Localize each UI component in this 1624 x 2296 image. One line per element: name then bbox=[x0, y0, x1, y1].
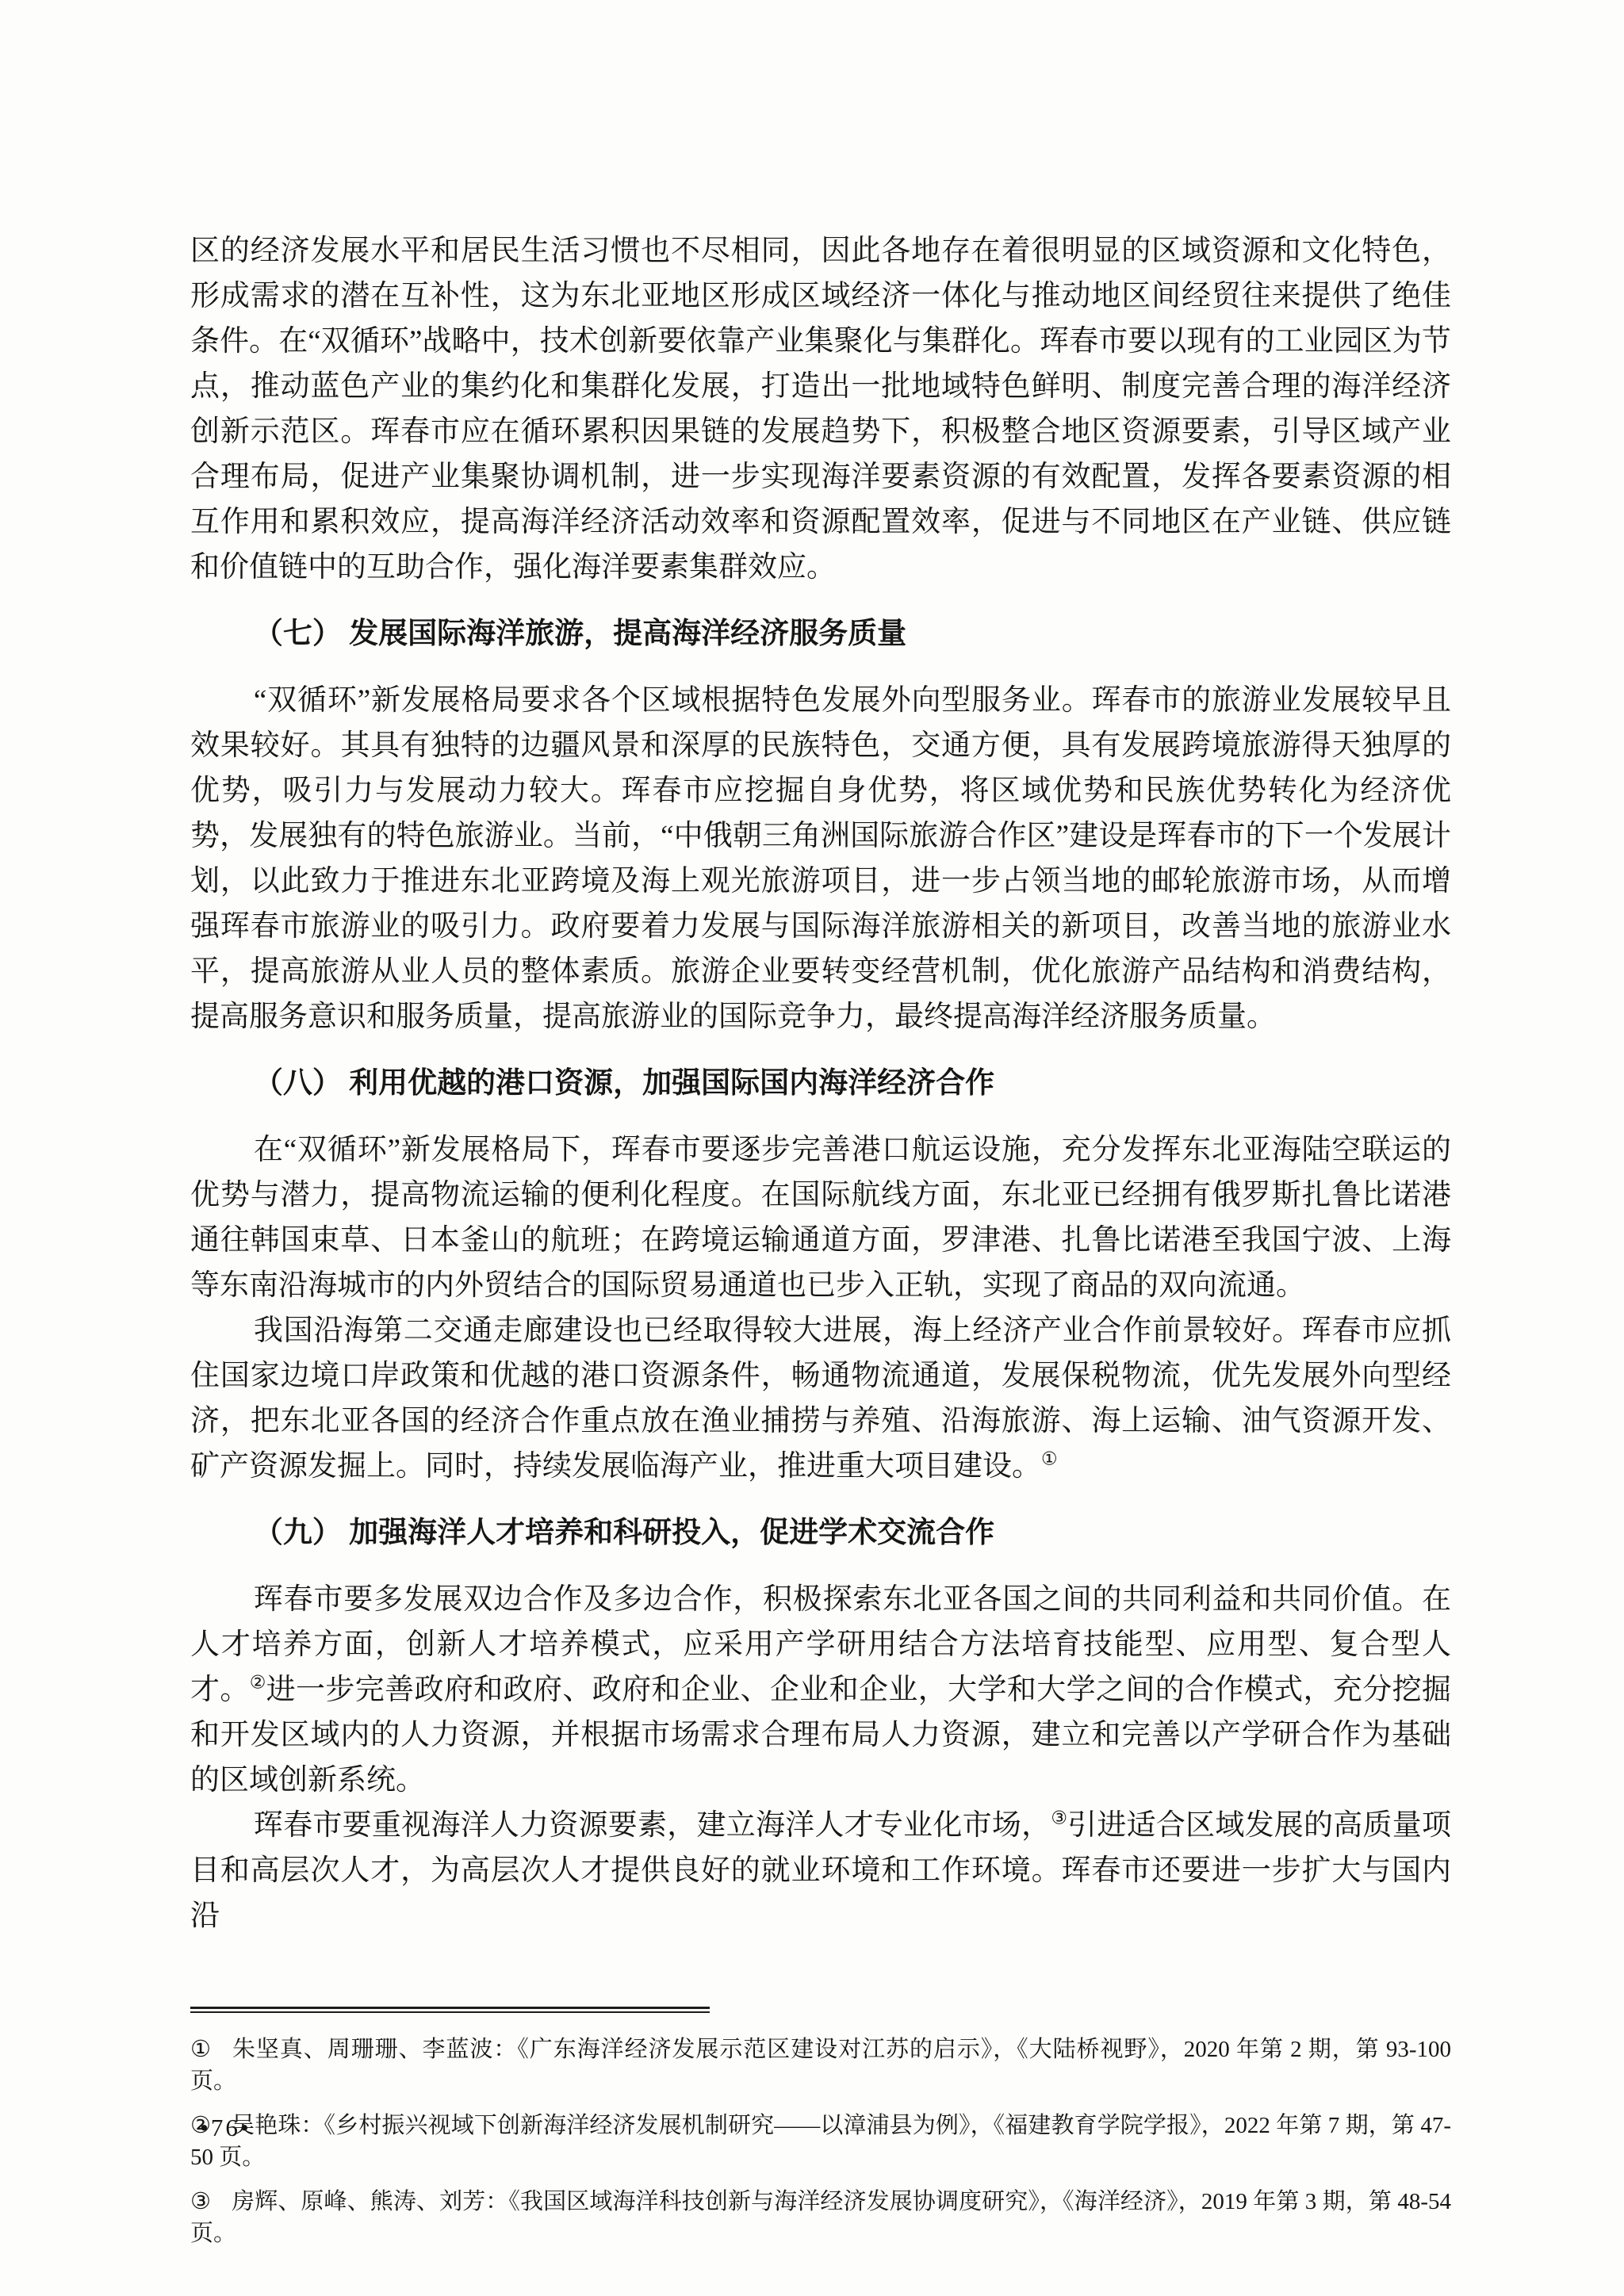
footnote-1-text: 朱坚真、周珊珊、李蓝波：《广东海洋经济发展示范区建设对江苏的启示》，《大陆桥视野… bbox=[190, 2037, 1451, 2094]
footnote-1: ①朱坚真、周珊珊、李蓝波：《广东海洋经济发展示范区建设对江苏的启示》，《大陆桥视… bbox=[190, 2034, 1451, 2097]
footnote-3-marker: ③ bbox=[190, 2189, 211, 2214]
section-heading-7: （七） 发展国际海洋旅游，提高海洋经济服务质量 bbox=[190, 611, 1451, 656]
body-paragraph: “双循环”新发展格局要求各个区域根据特色发展外向型服务业。珲春市的旅游业发展较早… bbox=[190, 678, 1451, 1039]
body-paragraph-continued: 区的经济发展水平和居民生活习惯也不尽相同，因此各地存在着很明显的区域资源和文化特… bbox=[190, 228, 1451, 590]
footnotes-section: ①朱坚真、周珊珊、李蓝波：《广东海洋经济发展示范区建设对江苏的启示》，《大陆桥视… bbox=[190, 2007, 1451, 2249]
section-heading-9: （九） 加强海洋人才培养和科研投入，促进学术交流合作 bbox=[190, 1510, 1451, 1556]
body-paragraph: 珲春市要重视海洋人力资源要素，建立海洋人才专业化市场，③引进适合区域发展的高质量… bbox=[190, 1803, 1451, 1938]
paragraph-text: 进一步完善政府和政府、政府和企业、企业和企业，大学和大学之间的合作模式，充分挖掘… bbox=[190, 1674, 1451, 1797]
footnote-3-text: 房辉、原峰、熊涛、刘芳：《我国区域海洋科技创新与海洋经济发展协调度研究》，《海洋… bbox=[190, 2189, 1451, 2246]
footnote-ref-3: ③ bbox=[1051, 1808, 1067, 1828]
footnote-2-text: 吴艳珠：《乡村振兴视域下创新海洋经济发展机制研究——以漳浦县为例》，《福建教育学… bbox=[190, 2113, 1451, 2170]
footnote-ref-2: ② bbox=[250, 1673, 266, 1693]
footnote-1-marker: ① bbox=[190, 2037, 212, 2062]
body-paragraph: 我国沿海第二交通走廊建设也已经取得较大进展，海上经济产业合作前景较好。珲春市应抓… bbox=[190, 1308, 1451, 1489]
document-page: 区的经济发展水平和居民生活习惯也不尽相同，因此各地存在着很明显的区域资源和文化特… bbox=[0, 0, 1624, 2296]
body-paragraph: 在“双循环”新发展格局下，珲春市要逐步完善港口航运设施，充分发挥东北亚海陆空联运… bbox=[190, 1127, 1451, 1308]
paragraph-text: 我国沿海第二交通走廊建设也已经取得较大进展，海上经济产业合作前景较好。珲春市应抓… bbox=[190, 1314, 1451, 1483]
paragraph-text: 珲春市要重视海洋人力资源要素，建立海洋人才专业化市场， bbox=[254, 1809, 1051, 1842]
body-paragraph: 珲春市要多发展双边合作及多边合作，积极探索东北亚各国之间的共同利益和共同价值。在… bbox=[190, 1577, 1451, 1803]
footnote-ref-1: ① bbox=[1041, 1449, 1058, 1469]
footnote-3: ③房辉、原峰、熊涛、刘芳：《我国区域海洋科技创新与海洋经济发展协调度研究》，《海… bbox=[190, 2186, 1451, 2249]
footnote-separator bbox=[190, 2007, 710, 2013]
section-heading-8: （八） 利用优越的港口资源，加强国际国内海洋经济合作 bbox=[190, 1061, 1451, 1106]
footnote-2: ②吴艳珠：《乡村振兴视域下创新海洋经济发展机制研究——以漳浦县为例》，《福建教育… bbox=[190, 2110, 1451, 2173]
page-number: •76• bbox=[200, 2114, 251, 2142]
